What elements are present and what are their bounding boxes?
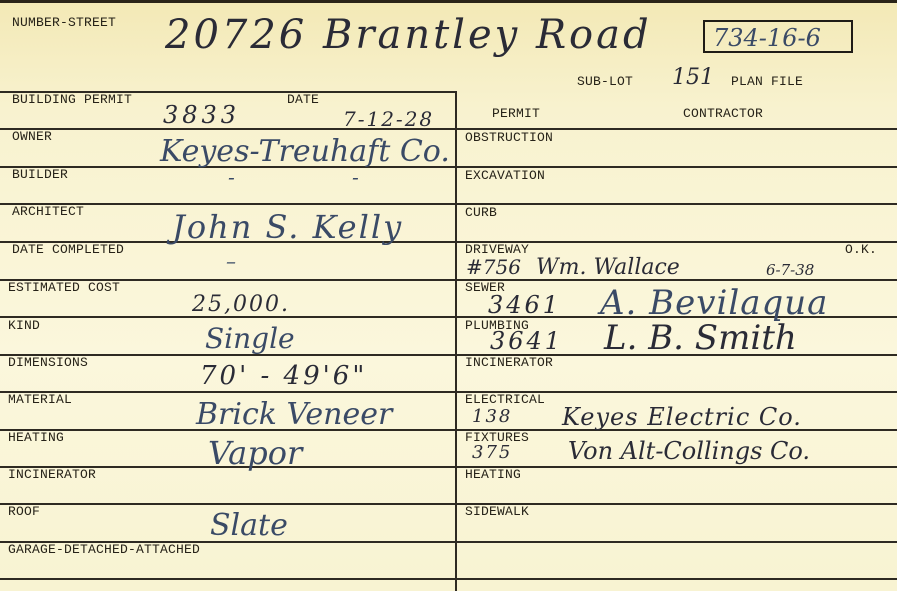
builder-value-2: - [352,167,359,187]
divider [0,128,897,130]
date-value: 7-12-28 [343,109,434,129]
estimated-cost-label: ESTIMATED COST [8,281,120,295]
driveway-status: O.K. [845,243,877,257]
divider [0,578,897,580]
dimensions-value: 70' - 49'6" [200,363,367,389]
driveway-date: 6-7-38 [766,263,814,278]
owner-label: OWNER [12,130,52,144]
heating-permit-label: HEATING [465,468,521,482]
plumbing-permit: 3641 [490,329,563,353]
curb-label: CURB [465,206,497,220]
number-street-value: 20726 Brantley Road [165,15,652,55]
obstruction-label: OBSTRUCTION [465,131,553,145]
divider [0,391,897,393]
divider [0,241,897,243]
number-street-label: NUMBER-STREET [12,16,116,30]
kind-value: Single [205,325,295,353]
contractor-header: CONTRACTOR [683,107,763,121]
file-number-stamp: 734-16-6 [703,20,853,53]
electrical-contractor: Keyes Electric Co. [562,405,802,429]
building-permit-label: BUILDING PERMIT [12,93,132,107]
roof-value: Slate [210,511,288,541]
material-label: MATERIAL [8,393,72,407]
incinerator-permit-label: INCINERATOR [465,356,553,370]
excavation-label: EXCAVATION [465,169,545,183]
permit-header: PERMIT [492,107,540,121]
column-divider [455,91,457,591]
plan-file-label: PLAN FILE [731,75,803,89]
date-label: DATE [287,93,319,107]
divider [0,279,897,281]
architect-label: ARCHITECT [12,205,84,219]
builder-value: - [228,167,235,187]
file-number-value: 734-16-6 [713,24,821,52]
driveway-contractor: Wm. Wallace [536,257,680,279]
sewer-permit: 3461 [488,293,561,317]
owner-value: Keyes-Treuhaft Co. [160,137,450,167]
electrical-permit: 138 [472,408,512,426]
sewer-contractor: A. Bevilaqua [600,286,828,320]
electrical-label: ELECTRICAL [465,393,545,407]
roof-label: ROOF [8,505,40,519]
material-value: Brick Veneer [196,400,392,430]
heating-label: HEATING [8,431,64,445]
divider [0,466,897,468]
sub-lot-label: SUB-LOT [577,75,633,89]
heating-value: Vapor [208,437,302,469]
sidewalk-label: SIDEWALK [465,505,529,519]
divider [0,203,897,205]
fixtures-contractor: Von Alt-Collings Co. [568,439,810,463]
dimensions-label: DIMENSIONS [8,356,88,370]
estimated-cost-value: 25,000. [192,294,290,316]
kind-label: KIND [8,319,40,333]
garage-label: GARAGE-DETACHED-ATTACHED [8,543,200,557]
builder-label: BUILDER [12,168,68,182]
driveway-permit: #756 [466,257,521,277]
sub-lot-value: 151 [672,67,714,89]
date-completed-value: – [226,251,236,271]
divider [0,503,897,505]
fixtures-permit: 375 [472,444,512,462]
plumbing-contractor: L. B. Smith [604,321,797,355]
date-completed-label: DATE COMPLETED [12,243,124,257]
incinerator-label: INCINERATOR [8,468,96,482]
building-permit-value: 3833 [163,103,240,127]
building-permit-card: NUMBER-STREET 20726 Brantley Road 734-16… [0,0,897,591]
architect-value: John S. Kelly [172,211,403,243]
